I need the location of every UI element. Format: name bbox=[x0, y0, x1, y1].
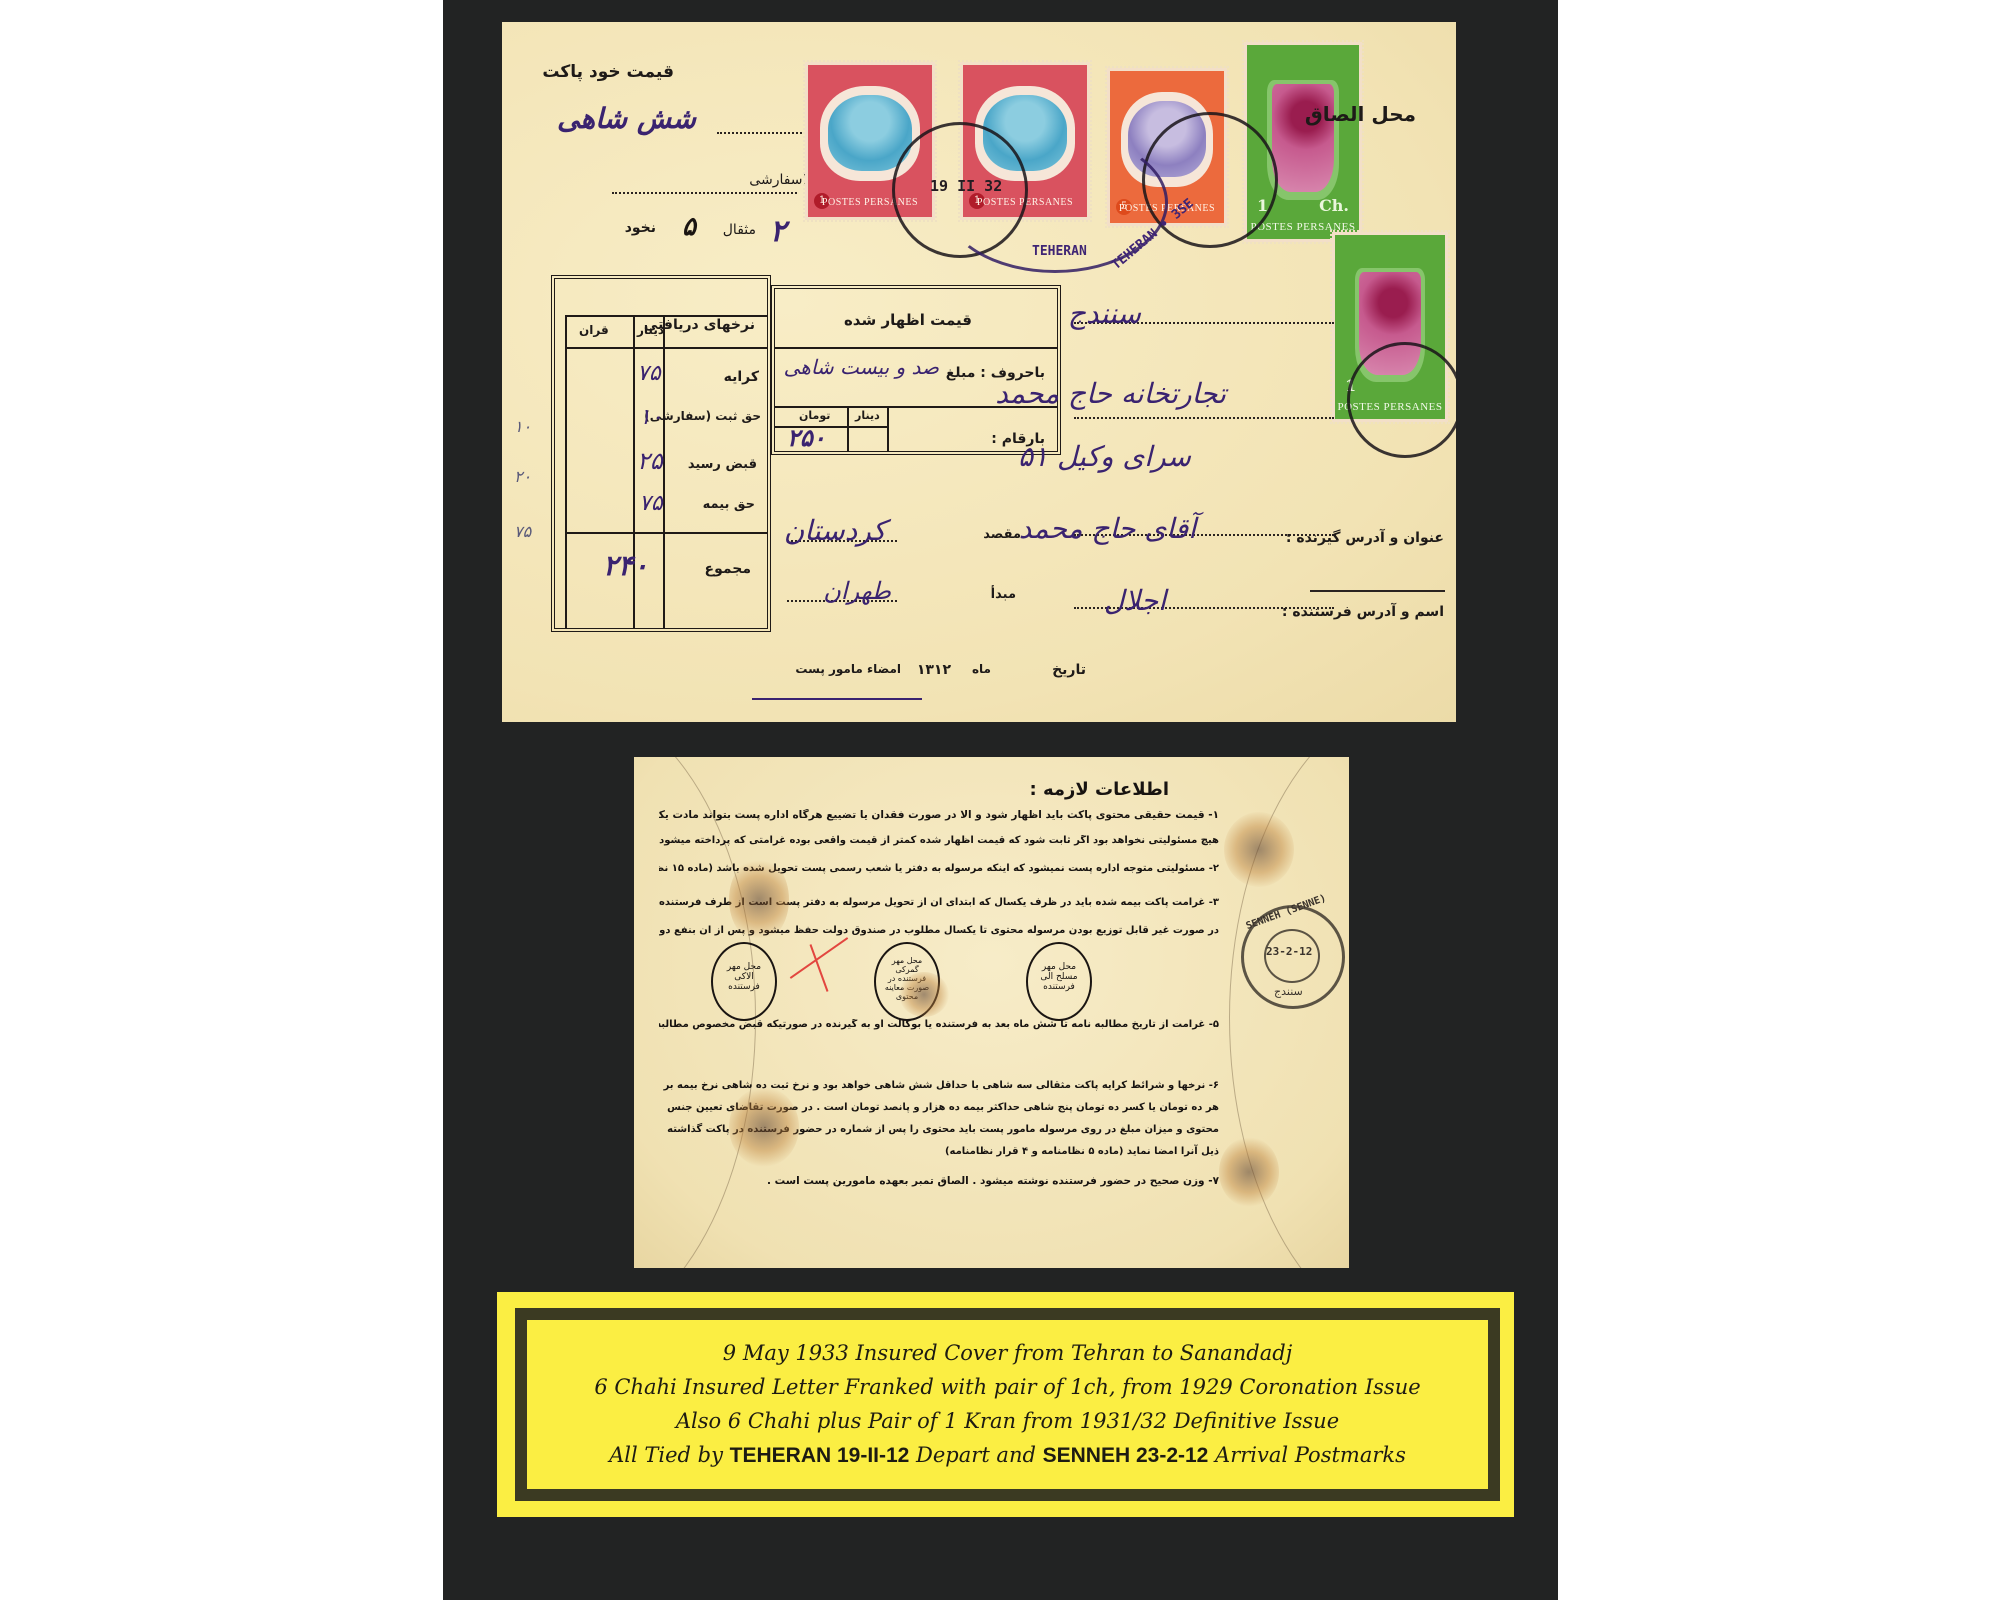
dotted-line bbox=[717, 132, 802, 134]
fees-table: نرخهای دریافتی دینار قران کرایه ۷۵ حق ثب… bbox=[551, 275, 771, 632]
address-handwritten-business: تجارتخانه حاج محمد bbox=[995, 377, 1226, 410]
seal-circle-left: محل مهر الاکی فرستنده bbox=[711, 942, 777, 1021]
col-toman: تومان bbox=[799, 409, 830, 422]
parcel-value-label: قیمت خود پاکت bbox=[542, 62, 674, 82]
signature-stroke bbox=[752, 698, 922, 700]
stamp-unit: Ch. bbox=[1319, 196, 1349, 215]
fees-total-value: ۲۴۰ bbox=[603, 549, 648, 582]
fees-col-dinar: دینار bbox=[637, 323, 664, 337]
back-title: اطلاعات لازمه : bbox=[1030, 779, 1170, 800]
caption-depart-postmark: TEHERAN 19-II-12 bbox=[730, 1444, 910, 1467]
fees-total-label: مجموع bbox=[705, 561, 751, 577]
fees-row-label: حق بیمه bbox=[703, 497, 755, 512]
caption-border: 9 May 1933 Insured Cover from Tehran to … bbox=[515, 1308, 1500, 1501]
caption-arrival-postmark: SENNEH 23-2-12 bbox=[1043, 1444, 1209, 1467]
address-line bbox=[1074, 417, 1334, 419]
foxing-stain bbox=[1219, 1137, 1279, 1207]
postal-signature-label: امضاء مامور پست bbox=[795, 662, 901, 676]
weight-nokhod-handwritten: ۵ bbox=[682, 212, 696, 242]
margin-note: ۷۵ bbox=[514, 522, 531, 541]
mesghal-label: مثقال bbox=[723, 222, 756, 238]
fees-row-value: ۱۰ bbox=[639, 405, 663, 430]
destination-label: مقصد bbox=[983, 527, 1021, 542]
caption-text: All Tied by bbox=[609, 1443, 723, 1467]
address-handwritten-city: سنندج bbox=[1068, 297, 1141, 330]
fees-row-label: کرایه bbox=[724, 369, 759, 385]
sender-address-label: اسم و آدرس فرستنده : bbox=[1282, 604, 1444, 620]
margin-note: ۱۰ bbox=[514, 417, 531, 436]
back-paragraph: ۵- غرامت از تاریخ مطالبه نامه تا شش ماه … bbox=[659, 1019, 1219, 1030]
parcel-value-handwritten: شش شاهی bbox=[557, 102, 696, 135]
back-paragraph: ۱- قیمت حقیقی محتوی پاکت باید اظهار شود … bbox=[659, 809, 1219, 821]
year-label: ۱۳۱۲ bbox=[917, 662, 951, 678]
teheran-postmark bbox=[1347, 342, 1456, 458]
foxing-stain bbox=[1224, 812, 1294, 887]
foxing-stain bbox=[899, 972, 949, 1017]
caption-card: 9 May 1933 Insured Cover from Tehran to … bbox=[497, 1292, 1514, 1517]
divider-line bbox=[1310, 590, 1445, 592]
stamp-place-label: محل الصاق bbox=[1305, 102, 1416, 126]
recipient-address-label: عنوان و آدرس گیرنده : bbox=[1286, 530, 1444, 546]
declared-value-box: قیمت اظهار شده باحروف : مبلغ صد و بیست ش… bbox=[771, 285, 1061, 455]
destination-handwritten: کردستان bbox=[784, 514, 886, 547]
foxing-stain bbox=[729, 857, 789, 942]
back-paragraph: ۷- وزن صحیح در حضور فرستنده نوشته میشود … bbox=[767, 1175, 1219, 1187]
caption-text: Arrival Postmarks bbox=[1215, 1443, 1406, 1467]
shah-portrait-icon bbox=[1272, 84, 1335, 193]
fees-row-value: ۷۵ bbox=[639, 491, 663, 516]
seal-text: محل مهر مسلح الی فرستنده bbox=[1034, 962, 1084, 992]
fees-row-value: ۷۵ bbox=[637, 361, 661, 386]
in-words-handwritten: صد و بیست شاهی bbox=[784, 355, 939, 379]
caption-line-1: 9 May 1933 Insured Cover from Tehran to … bbox=[723, 1338, 1292, 1368]
declared-value-header: قیمت اظهار شده bbox=[844, 311, 972, 329]
in-figures-handwritten: ۲۵۰ bbox=[787, 423, 826, 452]
margin-note: ۲۰ bbox=[514, 467, 531, 486]
teheran-violet-cancel-text: TEHERAN bbox=[1032, 244, 1087, 259]
date-label: تاریخ bbox=[1052, 662, 1086, 678]
senneh-postmark-date: 23-2-12 bbox=[1266, 945, 1312, 958]
fees-col-kran: قران bbox=[579, 323, 609, 337]
back-paragraph: هیچ مسئولیتی نخواهد بود اگر ثابت شود که … bbox=[659, 835, 1219, 846]
dotted-line bbox=[612, 192, 797, 194]
cover-front: قیمت خود پاکت شش شاهی (سفارشی نخود ۵ مثق… bbox=[502, 22, 1456, 722]
fees-row-value: ۲۵ bbox=[637, 447, 663, 475]
senneh-postmark-persian: سنندج bbox=[1274, 985, 1303, 998]
registered-label: (سفارشی bbox=[749, 172, 808, 188]
address-handwritten-street: سرای وکیل ۵۱ bbox=[1018, 440, 1191, 473]
caption-line-3: Also 6 Chahi plus Pair of 1 Kran from 19… bbox=[676, 1406, 1339, 1436]
month-label: ماه bbox=[972, 662, 991, 676]
seal-text: محل مهر الاکی فرستنده bbox=[719, 962, 769, 992]
weight-mesghal-handwritten: ۲ bbox=[770, 214, 786, 249]
fees-row-label: قبض رسید bbox=[688, 457, 757, 472]
nokhod-label: نخود bbox=[625, 220, 656, 236]
caption-text: Depart and bbox=[916, 1443, 1036, 1467]
col-dinar: دینار bbox=[855, 409, 880, 422]
origin-label: مبدأ bbox=[991, 587, 1016, 602]
foxing-stain bbox=[729, 1087, 799, 1167]
seal-circle-right: محل مهر مسلح الی فرستنده bbox=[1026, 942, 1092, 1021]
origin-handwritten: طهران bbox=[823, 577, 891, 605]
cover-back: اطلاعات لازمه : ۱- قیمت حقیقی محتوی پاکت… bbox=[634, 757, 1349, 1268]
caption-line-2: 6 Chahi Insured Letter Franked with pair… bbox=[594, 1372, 1420, 1402]
caption-line-4: All Tied by TEHERAN 19-II-12 Depart and … bbox=[609, 1440, 1406, 1471]
address-handwritten-name: آقای حاج محمد bbox=[1019, 512, 1196, 545]
sender-handwritten: اجلال bbox=[1104, 584, 1166, 617]
